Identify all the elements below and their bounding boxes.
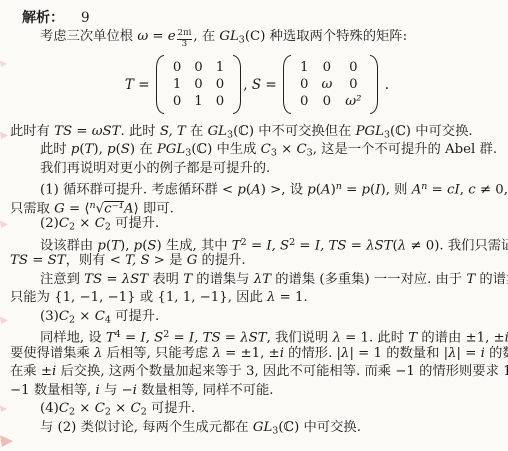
math-run: cI — [447, 183, 460, 198]
math-run: A — [124, 201, 134, 216]
text-run: = — [121, 331, 141, 346]
text-line: 与 (2) 类似讨论, 每两个生成元都在 GL3(ℂ) 中可交换. — [10, 419, 504, 438]
display-equation: T = 001100010, S = 1000ω000ω² . — [10, 47, 504, 123]
text-run: 设该群由 — [40, 238, 97, 253]
text-run: −1 数量相等, — [10, 383, 95, 398]
text-run: 的谱集 — [475, 272, 508, 287]
math-run: S, T — [160, 124, 186, 139]
math-run: A — [412, 183, 422, 198]
math-run: G — [187, 253, 198, 268]
text-run: | = — [457, 346, 481, 361]
math-run: T — [466, 272, 475, 287]
text-run: ≠ 0, 此时 — [476, 183, 508, 198]
text-run: ⟩ 即可. — [134, 201, 174, 216]
text-run: 可提升. — [111, 309, 159, 324]
math-run: T — [232, 238, 241, 253]
text-run: , 在 — [193, 29, 219, 44]
matrix-cell: 0 — [323, 94, 331, 109]
matrix-cell: ω² — [345, 94, 361, 109]
math-run: S — [252, 77, 261, 93]
text-run: = 1. 此时 — [341, 331, 408, 346]
text-line: 只需取 G = ⟨n√c⁻¹A⟩ 即可. — [10, 197, 504, 216]
text-run: × — [277, 142, 297, 157]
math-run: ST — [48, 253, 66, 268]
text-run: , 这是一个不可提升的 Abel 群. — [313, 142, 497, 157]
text-run: (3) — [40, 309, 59, 324]
math-run: p — [237, 183, 246, 198]
math-run: λST — [240, 331, 266, 346]
matrix-cell: 0 — [300, 94, 308, 109]
text-run: 只能为 {1, −1, −1} 或 {1, 1, −1}, 因此 — [10, 290, 267, 305]
math-run: λ — [332, 331, 340, 346]
text-run: 的提升. — [197, 253, 245, 268]
math-run: C — [95, 401, 105, 416]
math-run: e — [168, 29, 176, 44]
text-run: ) 生成, 其中 — [157, 238, 232, 253]
math-run: I, TS — [189, 331, 221, 346]
matrix-cell: 0 — [216, 94, 224, 109]
matrix-cell: ω — [321, 77, 332, 92]
matrix-cell: 0 — [194, 77, 202, 92]
text-run: 后相等, 只能考虑 — [102, 346, 212, 361]
text-run: = — [347, 238, 367, 253]
text-run: 与 − — [100, 383, 133, 398]
math-run: A — [321, 183, 331, 198]
math-run: p — [107, 142, 116, 157]
text-line: (4)C2 × C2 × C2 可提升. — [10, 400, 504, 419]
text-run: = — [261, 77, 281, 93]
matrix-paren-right — [370, 55, 378, 114]
text-run: 的情形. | — [284, 346, 341, 361]
text-run: ), 则 — [381, 183, 412, 198]
matrix-cell: 0 — [349, 77, 357, 92]
math-run: TS — [10, 253, 28, 268]
text-line: 要使得谱集乘 λ 后相等, 只能考虑 λ = ±1, ±i 的情形. |λ| =… — [10, 345, 504, 364]
text-run: (C) 种选取两个特殊的矩阵: — [245, 29, 407, 44]
matrix-paren-left — [156, 55, 164, 114]
text-run: (4) — [40, 401, 59, 416]
math-run: ω — [137, 29, 148, 44]
text-run: 可提升. — [147, 401, 195, 416]
matrix-paren-right — [233, 55, 241, 114]
math-run: p — [134, 238, 143, 253]
text-run: × — [111, 401, 131, 416]
text-run: . 此时 — [121, 124, 160, 139]
matrix-cell: 0 — [173, 94, 181, 109]
text-run: | = 1 的数量和 | — [349, 346, 448, 361]
matrix-cells: 001100010 — [164, 55, 233, 114]
scan-mark — [0, 131, 8, 139]
math-run: λ — [398, 238, 406, 253]
math-run: ωST — [92, 124, 121, 139]
math-run: λ — [448, 346, 456, 361]
math-run: TS — [54, 124, 72, 139]
text-run: (ℂ) 中可交换. — [390, 124, 473, 139]
text-run: = — [427, 183, 447, 198]
text-run: 与 (2) 类似讨论, 每两个生成元都在 — [40, 420, 253, 435]
text-run: , 我们说明 — [267, 331, 333, 346]
text-run: 此时有 — [10, 124, 54, 139]
math-run: λST — [122, 272, 148, 287]
text-line: 注意到 TS = λST 表明 T 的谱集与 λT 的谱集 (多重集) 一一对应… — [10, 271, 504, 290]
matrix-T: 001100010 — [156, 55, 241, 114]
text-line: TS = ST，则有 < T, S > 是 G 的提升. — [10, 252, 504, 271]
math-run: S — [147, 238, 156, 253]
text-run: 后交换, 这两个数量加起来等于 3, 因此不可能相等. 而乘 −1 的情形则要求… — [56, 364, 508, 379]
text-run: = ⟨ — [65, 201, 90, 216]
text-run: 我们再说明对更小的例子都是可提升的. — [40, 161, 270, 176]
document-body: 解析：9 考虑三次单位根 ω = e2πi3, 在 GL3(C) 种选取两个特殊… — [10, 8, 504, 437]
scan-mark — [0, 60, 7, 67]
math-run: T, S — [125, 253, 149, 268]
text-run: ，则有 < — [66, 253, 126, 268]
text-run: √ — [96, 201, 104, 216]
matrix-paren-left — [283, 55, 291, 114]
matrix-cell: 1 — [173, 77, 181, 92]
matrix-cells: 1000ω000ω² — [291, 55, 371, 114]
math-run: I, TS — [315, 238, 347, 253]
text-line: (3)C2 × C4 可提升. — [10, 308, 504, 327]
scan-mark — [0, 316, 8, 324]
matrix-cell: 0 — [323, 60, 331, 75]
equation-mid: , S = — [243, 77, 281, 93]
text-line: 此时有 TS = ωST. 此时 S, T 在 GL3(ℂ) 中不可交换但在 P… — [10, 123, 504, 142]
math-run: C — [59, 216, 69, 231]
math-run: T — [106, 331, 115, 346]
answer-header: 解析：9 — [10, 8, 504, 28]
text-run: 的谱集与 — [192, 272, 254, 287]
text-run: × — [75, 401, 95, 416]
document-flow: 考虑三次单位根 ω = e2πi3, 在 GL3(C) 种选取两个特殊的矩阵:T… — [10, 28, 504, 437]
matrix-cell: 0 — [194, 60, 202, 75]
math-run: S — [121, 142, 130, 157]
page: 解析：9 考虑三次单位根 ω = e2πi3, 在 GL3(C) 种选取两个特殊… — [0, 0, 508, 451]
equation-lhs: T = — [125, 77, 154, 93]
scan-mark — [0, 220, 8, 228]
text-run: 的谱集 (多重集) 一一对应. 由于 — [271, 272, 466, 287]
math-run: PGL — [157, 142, 185, 157]
text-run: ≠ 0). 我们只需证明 — [406, 238, 508, 253]
text-line: 同样地, 设 T4 = I, S2 = I, TS = λST, 我们说明 λ … — [10, 326, 504, 345]
text-run: (2) — [40, 216, 59, 231]
math-run: I, S — [266, 238, 289, 253]
text-run: > 是 — [150, 253, 187, 268]
text-run: = — [342, 183, 362, 198]
text-run: ) >, 设 — [261, 183, 308, 198]
text-run: (ℂ) 中可交换. — [278, 420, 361, 435]
text-run: ), — [120, 238, 134, 253]
math-run: A — [251, 183, 261, 198]
text-run: ) 在 — [130, 142, 157, 157]
text-run: = — [102, 272, 122, 287]
math-run: C — [131, 401, 141, 416]
math-run: GL — [219, 29, 238, 44]
text-run: 表明 — [148, 272, 183, 287]
math-run: C — [95, 309, 105, 324]
answer-value: 9 — [81, 10, 90, 26]
text-run: × — [75, 309, 95, 324]
text-run: = — [221, 331, 241, 346]
math-run: p — [97, 238, 106, 253]
text-run: (1) 循环群可提升. 考虑循环群 < — [40, 183, 237, 198]
matrix-cell: 0 — [216, 77, 224, 92]
text-line: 设该群由 p(T), p(S) 生成, 其中 T2 = I, S2 = I, T… — [10, 234, 504, 253]
math-run: p — [307, 183, 316, 198]
math-run: C — [261, 142, 271, 157]
math-run: PGL — [356, 124, 384, 139]
text-line: 我们再说明对更小的例子都是可提升的. — [10, 160, 504, 179]
answer-label: 解析： — [22, 10, 64, 26]
math-run: C — [95, 216, 105, 231]
text-line: (2)C2 × C2 可提升. — [10, 215, 504, 234]
text-run: = ±1, ± — [221, 346, 280, 361]
math-run: λ — [212, 346, 220, 361]
text-line: 只能为 {1, −1, −1} 或 {1, 1, −1}, 因此 λ = 1. — [10, 289, 504, 308]
text-run: (ℂ) 中不可交换但在 — [233, 124, 356, 139]
text-run: = — [295, 238, 315, 253]
matrix-cell: 1 — [194, 94, 202, 109]
text-run: 可提升. — [111, 216, 159, 231]
math-fraction: 2πi3 — [177, 29, 193, 50]
math-run: G — [54, 201, 65, 216]
math-run: GL — [253, 420, 272, 435]
text-run: 只需取 — [10, 201, 54, 216]
text-run: ), — [93, 142, 107, 157]
text-run: 同样地, 设 — [40, 331, 106, 346]
math-run: T — [111, 238, 120, 253]
text-run: = — [72, 124, 92, 139]
math-run: TS — [84, 272, 102, 287]
text-line: 在乘 ±i 后交换, 这两个数量加起来等于 3, 因此不可能相等. 而乘 −1 … — [10, 363, 504, 382]
math-run: c — [468, 183, 475, 198]
text-run: = — [28, 253, 48, 268]
math-run: GL — [208, 124, 227, 139]
text-run: 的数量 — [485, 346, 508, 361]
text-run: = — [169, 331, 189, 346]
text-run: 注意到 — [40, 272, 84, 287]
matrix-cell: 0 — [173, 60, 181, 75]
matrix-cell: 0 — [300, 77, 308, 92]
text-line: 此时 p(T), p(S) 在 PGL3(ℂ) 中生成 C3 × C3, 这是一… — [10, 141, 504, 160]
text-run: = 1. — [275, 290, 307, 305]
math-run: λST — [366, 238, 392, 253]
math-run: C — [296, 142, 306, 157]
text-run: 要使得谱集乘 — [10, 346, 94, 361]
matrix-S: 1000ω000ω² — [283, 55, 379, 114]
text-line: (1) 循环群可提升. 考虑循环群 < p(A) >, 设 p(A)n = p(… — [10, 178, 504, 197]
text-run: = — [148, 29, 168, 44]
math-run: T — [183, 272, 192, 287]
text-run: , — [243, 77, 252, 93]
math-run: λT — [254, 272, 271, 287]
matrix-cell: 0 — [349, 60, 357, 75]
text-run: 在 — [186, 124, 208, 139]
text-run: 此时 — [40, 142, 71, 157]
text-run: , — [460, 183, 468, 198]
text-run: 在乘 ± — [10, 364, 52, 379]
text-line: 考虑三次单位根 ω = e2πi3, 在 GL3(C) 种选取两个特殊的矩阵: — [10, 28, 504, 47]
text-line: −1 数量相等, i 与 −i 数量相等, 同样不可能. — [10, 382, 504, 401]
math-run: C — [59, 309, 69, 324]
math-run: T — [408, 331, 417, 346]
equation-period: . — [380, 77, 389, 93]
scan-mark — [0, 405, 7, 412]
text-run: × — [75, 216, 95, 231]
text-run: (ℂ) 中生成 — [191, 142, 260, 157]
math-run: T — [125, 77, 134, 93]
math-run: I, S — [140, 331, 163, 346]
text-run: 考虑三次单位根 — [40, 29, 137, 44]
text-run: = — [134, 77, 154, 93]
fraction-denominator: 3 — [182, 40, 187, 50]
matrix-cell: 1 — [216, 60, 224, 75]
matrix-cell: 1 — [300, 60, 308, 75]
text-run: 的谱由 ±1, ± — [417, 331, 505, 346]
text-run: 数量相等, 同样不可能. — [137, 383, 274, 398]
math-run: C — [59, 401, 69, 416]
math-run: c⁻¹ — [104, 201, 124, 216]
text-run: = — [247, 238, 267, 253]
math-run: p — [362, 183, 371, 198]
